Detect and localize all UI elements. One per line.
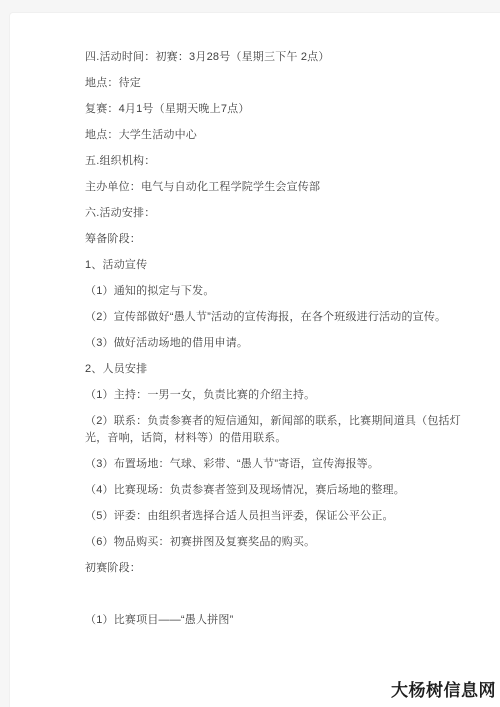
document-paragraph: 筹备阶段： (85, 231, 461, 248)
document-paragraph: 复赛：4月1号（星期天晚上7点） (85, 101, 461, 118)
document-paragraph: （5）评委：由组织者选择合适人员担当评委，保证公平公正。 (85, 508, 461, 525)
document-paragraph: （6）物品购买：初赛拼图及复赛奖品的购买。 (85, 534, 461, 551)
document-paragraph: 六.活动安排： (85, 205, 461, 222)
document-paragraph: 地点：待定 (85, 75, 461, 92)
document-content: 四.活动时间：初赛：3月28号（星期三下午 2点）地点：待定复赛：4月1号（星期… (85, 49, 461, 638)
document-paragraph: （2）宣传部做好“愚人节”活动的宣传海报，在各个班级进行活动的宣传。 (85, 309, 461, 326)
document-paragraph: 主办单位：电气与自动化工程学院学生会宣传部 (85, 179, 461, 196)
blank-line (85, 586, 461, 603)
document-page: 四.活动时间：初赛：3月28号（星期三下午 2点）地点：待定复赛：4月1号（星期… (9, 12, 500, 707)
document-paragraph: 2、人员安排 (85, 361, 461, 378)
document-paragraph: 1、活动宣传 (85, 257, 461, 274)
document-paragraph: 地点：大学生活动中心 (85, 127, 461, 144)
document-paragraph: （1）比赛项目——“愚人拼图” (85, 612, 461, 629)
document-paragraph: （2）联系：负责参赛者的短信通知，新闻部的联系，比赛期间道具（包括灯光，音响，话… (85, 413, 461, 447)
document-paragraph: （4）比赛现场：负责参赛者签到及现场情况，赛后场地的整理。 (85, 482, 461, 499)
document-paragraph: （3）布置场地：气球、彩带、“愚人节”寄语，宣传海报等。 (85, 456, 461, 473)
document-paragraph: （1）通知的拟定与下发。 (85, 283, 461, 300)
document-paragraph: 四.活动时间：初赛：3月28号（星期三下午 2点） (85, 49, 461, 66)
watermark-text: 大杨树信息网 (391, 676, 496, 701)
document-paragraph: （3）做好活动场地的借用申请。 (85, 335, 461, 352)
document-paragraph: 五.组织机构： (85, 153, 461, 170)
document-paragraph: 初赛阶段： (85, 560, 461, 577)
document-paragraph: （1）主持：一男一女，负责比赛的介绍主持。 (85, 387, 461, 404)
